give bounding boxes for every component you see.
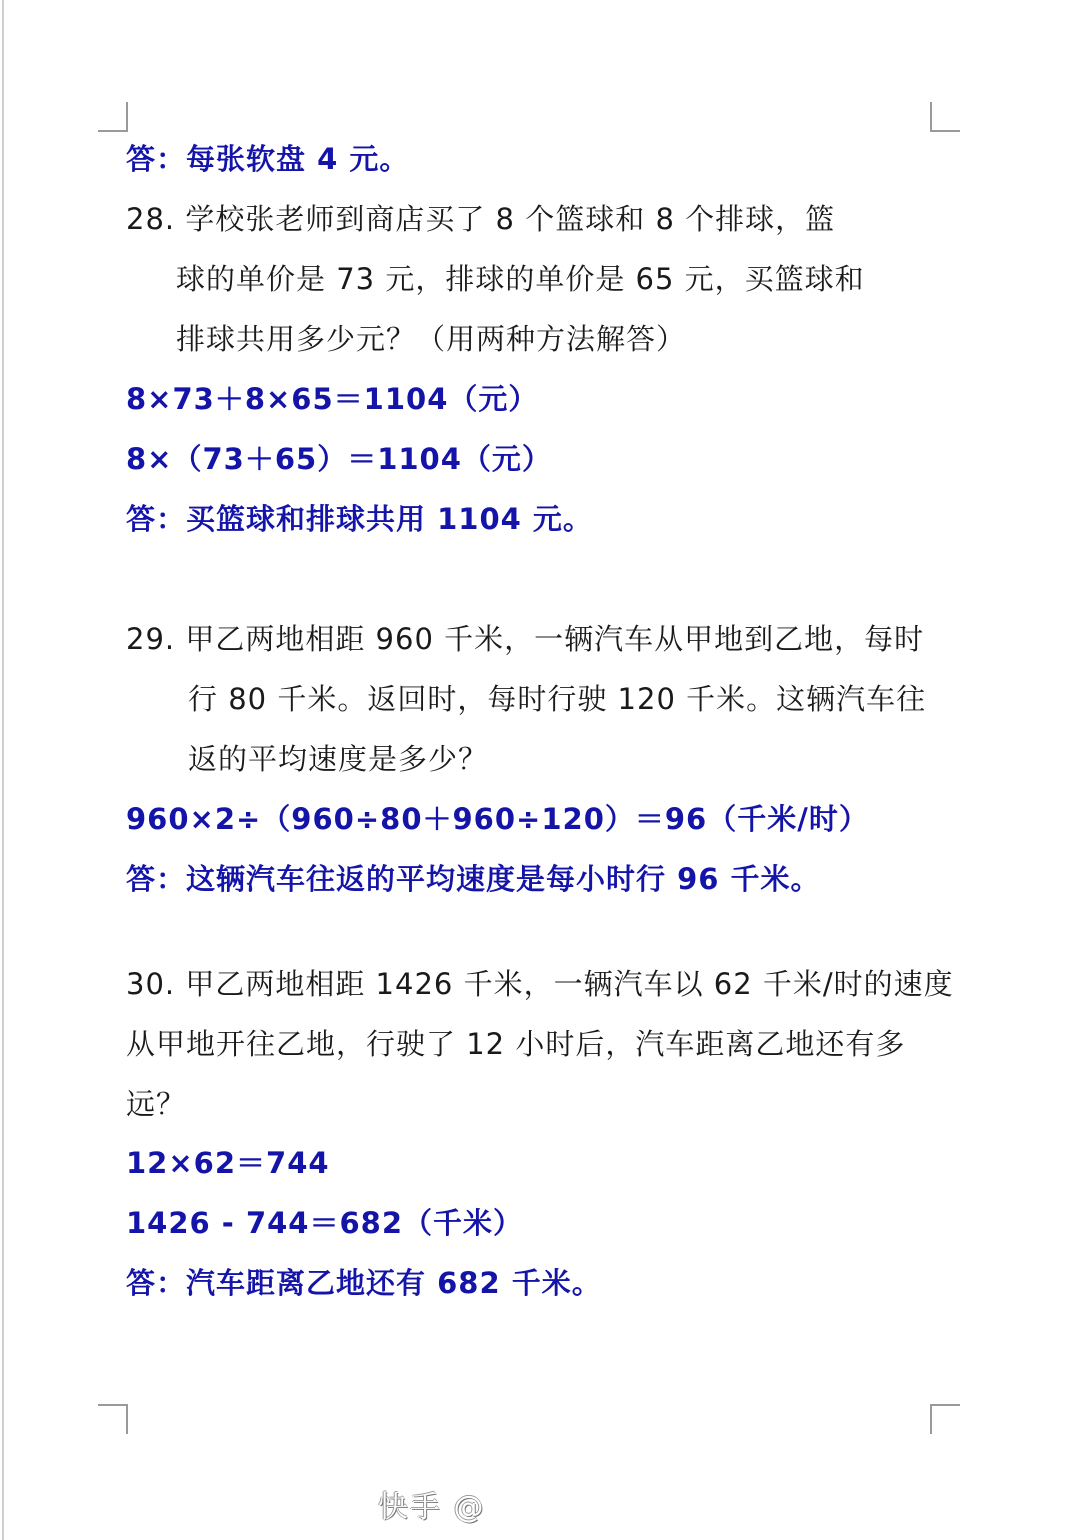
problem-28-answer: 答：买篮球和排球共用 1104 元。 bbox=[126, 501, 593, 537]
corner-mark-top-left bbox=[98, 102, 128, 132]
problem-30-answer: 答：汽车距离乙地还有 682 千米。 bbox=[126, 1265, 602, 1301]
corner-mark-bottom-right bbox=[930, 1404, 960, 1434]
problem-29-solution-line-1: 960×2÷（960÷80＋960÷120）＝96（千米/时） bbox=[126, 801, 869, 837]
problem-28-solution-line-2: 8×（73＋65）＝1104（元） bbox=[126, 441, 552, 477]
problem-28-question-line-2: 球的单价是 73 元，排球的单价是 65 元，买篮球和 bbox=[176, 261, 865, 297]
problem-28-question-line-3: 排球共用多少元？（用两种方法解答） bbox=[176, 321, 686, 357]
problem-28-solution-line-1: 8×73＋8×65＝1104（元） bbox=[126, 381, 538, 417]
problem-30-question-line-1: 30. 甲乙两地相距 1426 千米，一辆汽车以 62 千米/时的速度 bbox=[126, 966, 954, 1002]
problem-30-solution-line-1: 12×62＝744 bbox=[126, 1145, 330, 1181]
problem-30-question-line-2: 从甲地开往乙地，行驶了 12 小时后，汽车距离乙地还有多 bbox=[126, 1026, 905, 1062]
previous-answer: 答：每张软盘 4 元。 bbox=[126, 141, 409, 177]
watermark: 快手 @ bbox=[378, 1482, 486, 1526]
problem-30-solution-line-2: 1426 - 744＝682（千米） bbox=[126, 1205, 523, 1241]
problem-29-question-line-2: 行 80 千米。返回时，每时行驶 120 千米。这辆汽车往 bbox=[188, 681, 926, 717]
problem-30-question-line-3: 远？ bbox=[126, 1086, 186, 1122]
page-left-edge bbox=[2, 0, 4, 1540]
problem-29-question-line-3: 返的平均速度是多少？ bbox=[188, 741, 488, 777]
corner-mark-top-right bbox=[930, 102, 960, 132]
problem-29-question-line-1: 29. 甲乙两地相距 960 千米，一辆汽车从甲地到乙地，每时 bbox=[126, 621, 924, 657]
problem-29-answer: 答：这辆汽车往返的平均速度是每小时行 96 千米。 bbox=[126, 861, 821, 897]
corner-mark-bottom-left bbox=[98, 1404, 128, 1434]
problem-28-question-line-1: 28. 学校张老师到商店买了 8 个篮球和 8 个排球，篮 bbox=[126, 201, 835, 237]
